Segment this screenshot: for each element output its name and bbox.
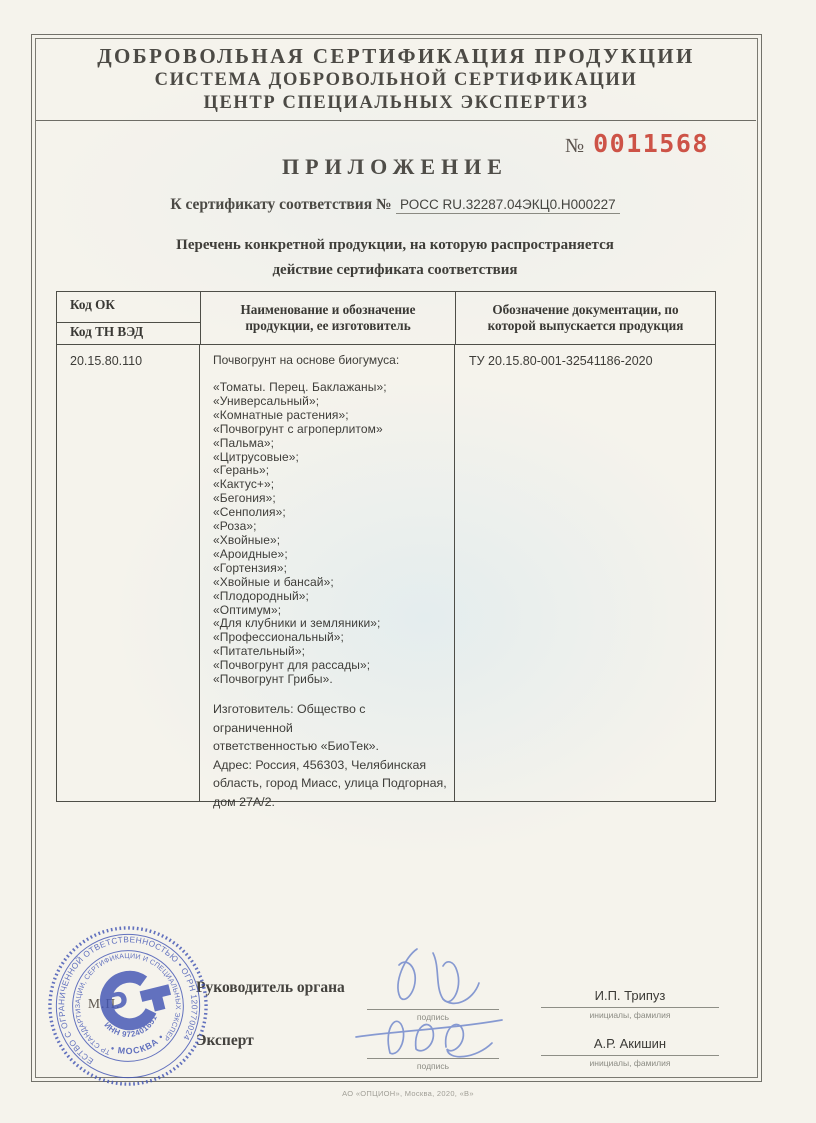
products-table: Код ОК Код ТН ВЭД Наименование и обознач…	[56, 291, 716, 802]
manufacturer-line: область, город Миасс, улица Подгорная,	[213, 774, 448, 793]
product-item: «Профессиональный»;	[213, 631, 448, 645]
certificate-scan-page: ДОБРОВОЛЬНАЯ СЕРТИФИКАЦИЯ ПРОДУКЦИИ СИСТ…	[0, 0, 816, 1123]
header-line-3: ЦЕНТР СПЕЦИАЛЬНЫХ ЭКСПЕРТИЗ	[36, 92, 756, 115]
product-item: «Комнатные растения»;	[213, 409, 448, 423]
product-item: «Герань»;	[213, 464, 448, 478]
product-item: «Пальма»;	[213, 437, 448, 451]
product-item: «Питательный»;	[213, 645, 448, 659]
cell-code: 20.15.80.110	[57, 344, 200, 801]
products-table-header: Код ОК Код ТН ВЭД Наименование и обознач…	[57, 292, 715, 345]
product-item: «Ароидные»;	[213, 548, 448, 562]
name-field-expert: инициалы, фамилия	[541, 1055, 719, 1068]
subtitle-line-2: действие сертификата соответствия	[0, 258, 790, 283]
product-intro: Почвогрунт на основе биогумуса:	[213, 353, 448, 367]
subtitle-line-1: Перечень конкретной продукции, на котору…	[0, 233, 790, 258]
page-title: ПРИЛОЖЕНИЕ	[0, 154, 790, 180]
name-caption-expert: инициалы, фамилия	[541, 1058, 719, 1068]
product-item: «Сенполия»;	[213, 506, 448, 520]
manufacturer-block: Изготовитель: Общество с ограниченнойотв…	[213, 700, 448, 812]
manufacturer-line: ответственностью «БиоТек».	[213, 737, 448, 756]
column-codes: Код ОК Код ТН ВЭД	[57, 292, 201, 344]
name-head-of-body: И.П. Трипуз	[541, 988, 719, 1003]
product-item: «Роза»;	[213, 520, 448, 534]
certificate-reference-label: К сертификату соответствия №	[170, 196, 391, 213]
product-list: «Томаты. Перец. Баклажаны»;«Универсальны…	[213, 381, 448, 687]
header-line-1: ДОБРОВОЛЬНАЯ СЕРТИФИКАЦИЯ ПРОДУКЦИИ	[36, 44, 756, 69]
cell-product: Почвогрунт на основе биогумуса: «Томаты.…	[200, 344, 455, 801]
header-product-name: Наименование и обозначение продукции, ее…	[201, 292, 456, 344]
product-item: «Хвойные»;	[213, 534, 448, 548]
name-line-expert	[541, 1055, 719, 1056]
product-item: «Цитрусовые»;	[213, 451, 448, 465]
product-item: «Почвогрунт для рассады»;	[213, 659, 448, 673]
name-field-head: инициалы, фамилия	[541, 1007, 719, 1020]
certificate-reference-line: К сертификату соответствия № РОСС RU.322…	[0, 196, 790, 214]
product-item: «Бегония»;	[213, 492, 448, 506]
manufacturer-line: Адрес: Россия, 456303, Челябинская	[213, 756, 448, 775]
manufacturer-line: дом 27А/2.	[213, 793, 448, 812]
products-table-row: 20.15.80.110 Почвогрунт на основе биогум…	[57, 344, 715, 801]
product-item: «Почвогрунт Грибы».	[213, 673, 448, 687]
product-item: «Хвойные и бансай»;	[213, 576, 448, 590]
products-list-subtitle: Перечень конкретной продукции, на котору…	[0, 233, 790, 283]
manufacturer-line: Изготовитель: Общество с ограниченной	[213, 700, 448, 737]
certificate-reference-number: РОСС RU.32287.04ЭКЦ0.Н000227	[396, 197, 620, 214]
header-line-2: СИСТЕМА ДОБРОВОЛЬНОЙ СЕРТИФИКАЦИИ	[36, 69, 756, 92]
header-divider-line	[36, 120, 756, 121]
product-item: «Для клубники и земляники»;	[213, 617, 448, 631]
name-line-head	[541, 1007, 719, 1008]
name-expert: А.Р. Акишин	[541, 1036, 719, 1051]
product-item: «Плодородный»;	[213, 590, 448, 604]
product-item: «Почвогрунт с агроперлитом»	[213, 423, 448, 437]
handwritten-signature-head	[355, 943, 515, 1011]
product-item: «Универсальный»;	[213, 395, 448, 409]
certification-system-header: ДОБРОВОЛЬНАЯ СЕРТИФИКАЦИЯ ПРОДУКЦИИ СИСТ…	[36, 44, 756, 115]
product-item: «Гортензия»;	[213, 562, 448, 576]
header-code-tnved: Код ТН ВЭД	[57, 318, 200, 340]
round-stamp: ОБЩЕСТВО С ОГРАНИЧЕННОЙ ОТВЕТСТВЕННОСТЬЮ…	[44, 922, 212, 1090]
name-caption-head: инициалы, фамилия	[541, 1010, 719, 1020]
header-documentation: Обозначение документации, по которой вып…	[456, 292, 715, 344]
svg-text:Р: Р	[100, 982, 134, 1028]
role-head-of-body: Руководитель органа	[196, 979, 345, 997]
handwritten-signature-expert	[350, 1003, 520, 1065]
product-item: «Кактус+»;	[213, 478, 448, 492]
cell-documentation: ТУ 20.15.80-001-32541186-2020	[455, 344, 715, 801]
product-item: «Оптимум»;	[213, 604, 448, 618]
product-item: «Томаты. Перец. Баклажаны»;	[213, 381, 448, 395]
form-printer-footer: АО «ОПЦИОН», Москва, 2020, «В»	[0, 1089, 816, 1098]
